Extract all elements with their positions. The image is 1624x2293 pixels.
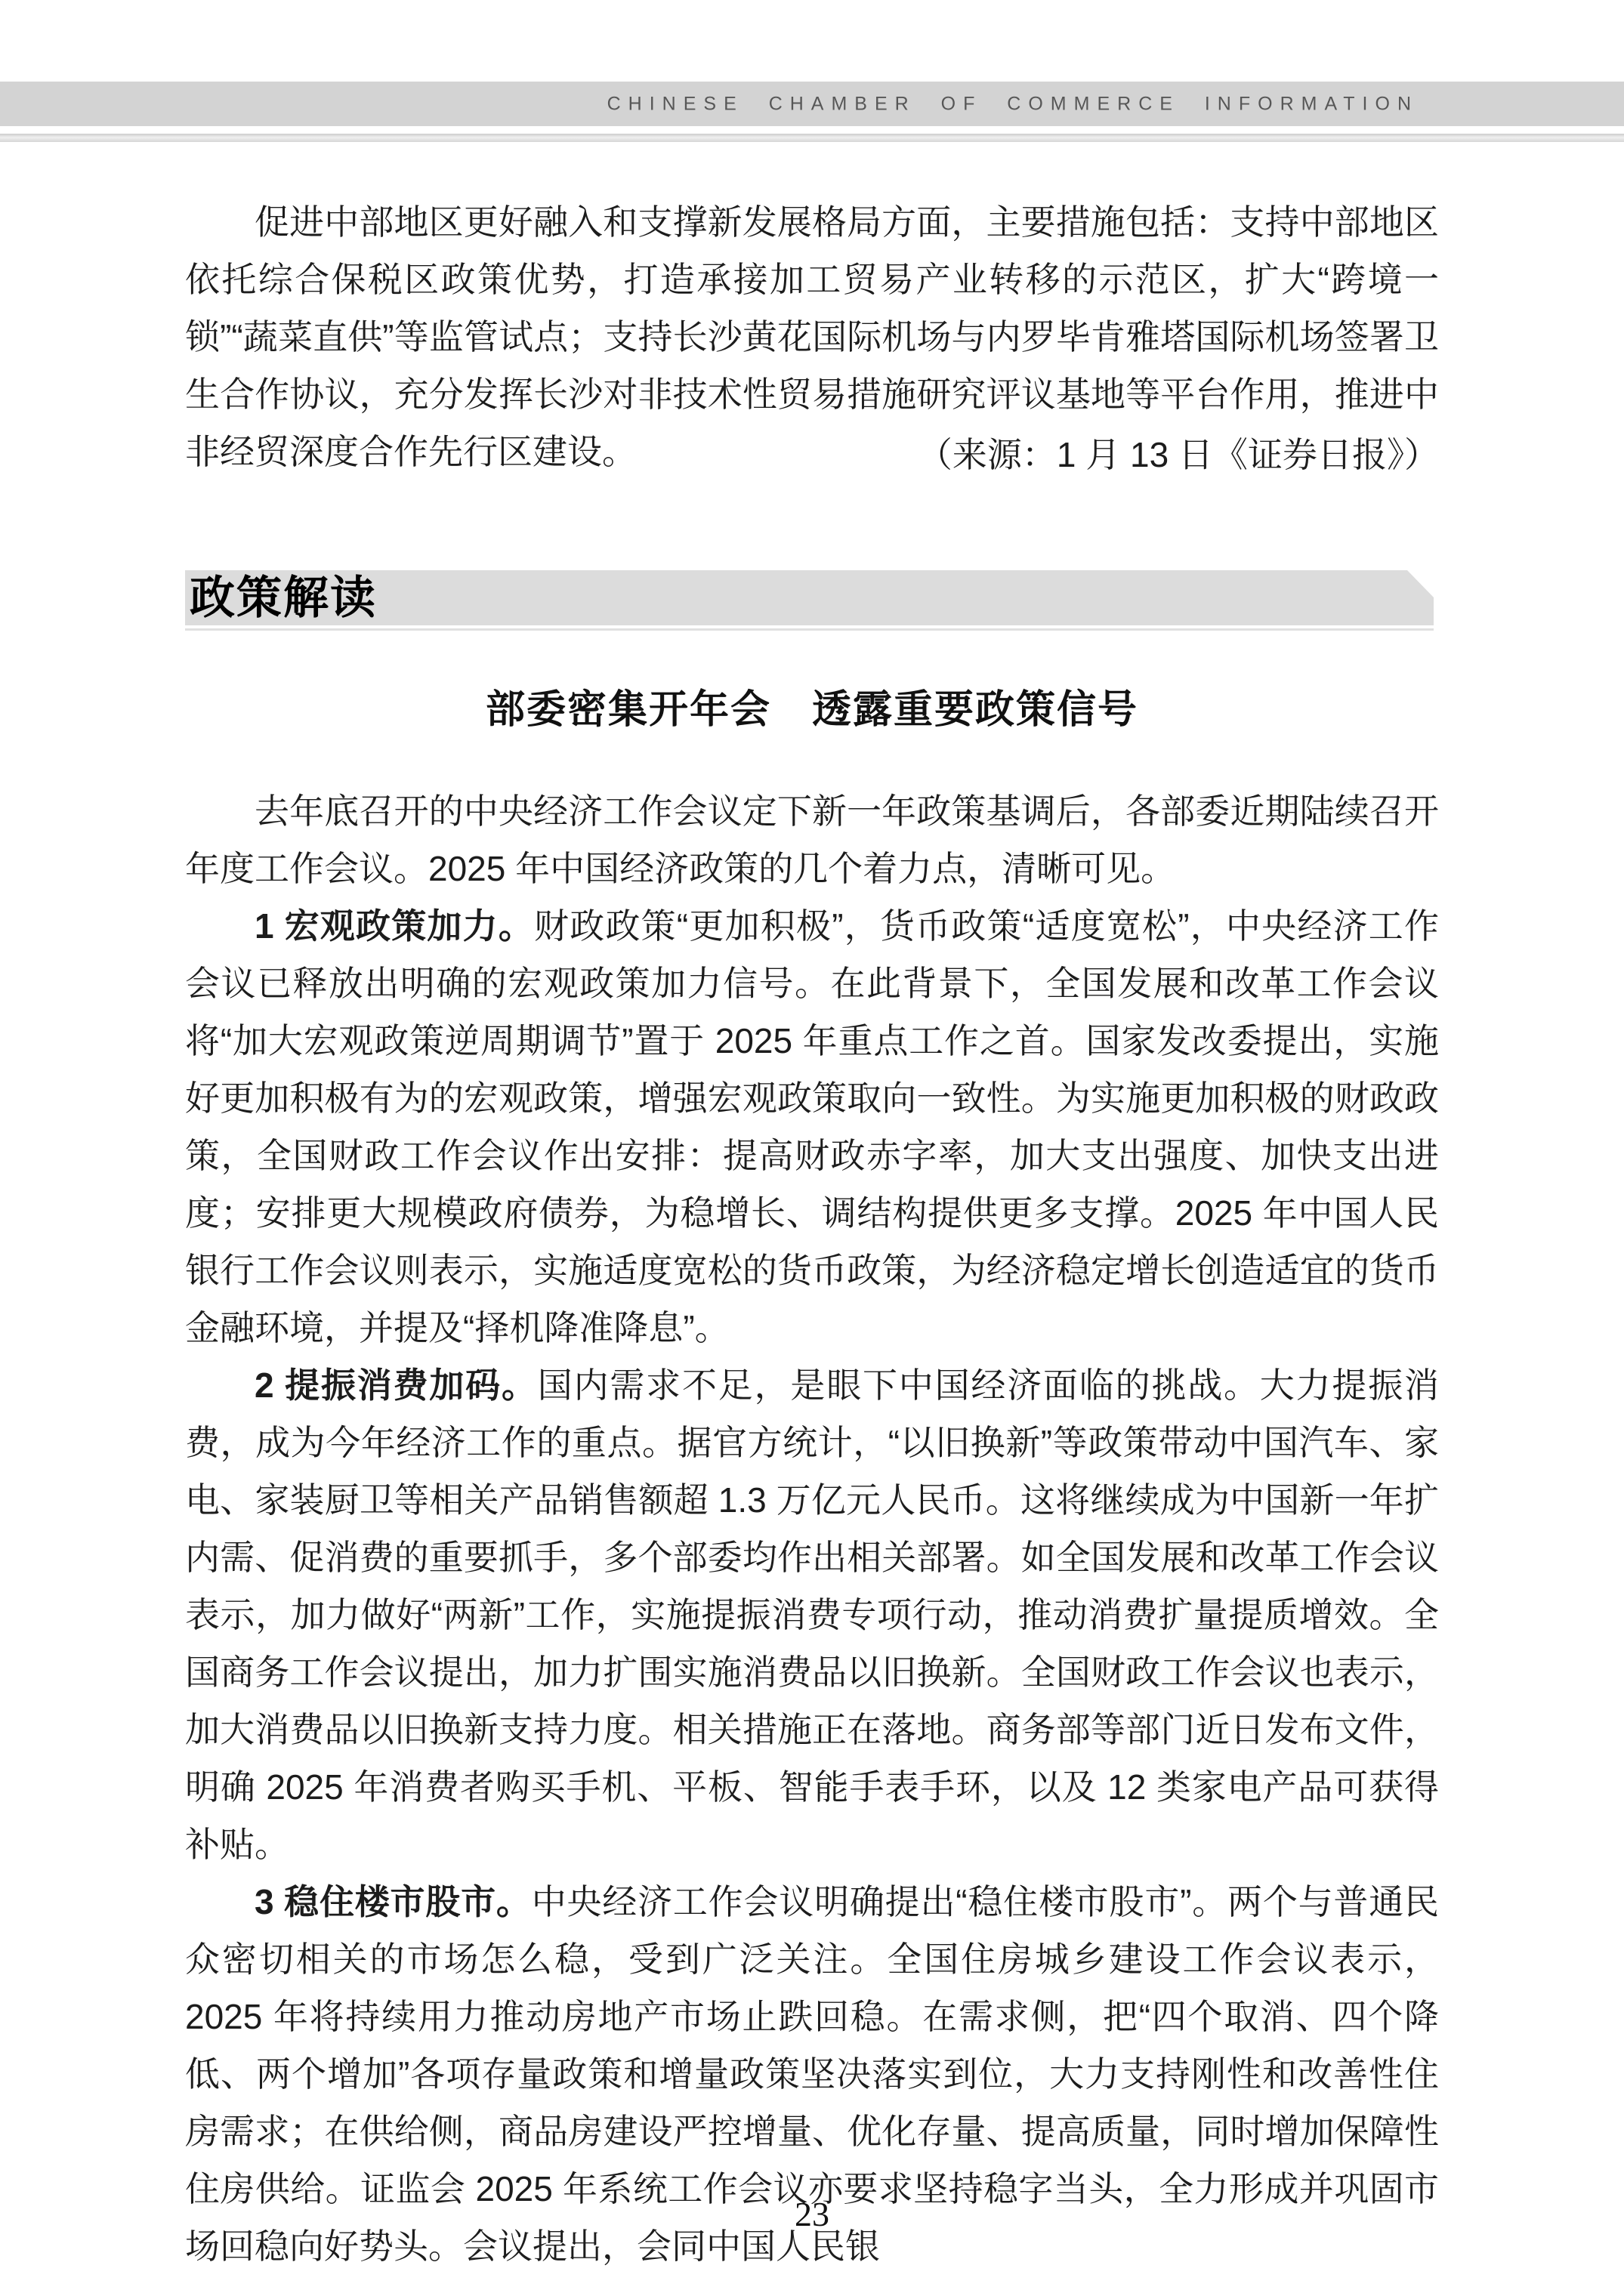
header-rule: [0, 134, 1624, 142]
article-point: 2 提振消费加码。国内需求不足，是眼下中国经济面临的挑战。大力提振消费，成为今年…: [185, 1356, 1439, 1873]
section-banner: 政策解读: [185, 570, 1434, 625]
section-banner-shadow: [185, 628, 1434, 631]
point-body: 财政政策“更加积极”，货币政策“适度宽松”，中央经济工作会议已释放出明确的宏观政…: [185, 906, 1439, 1347]
point-heading: 3 稳住楼市股市。: [255, 1882, 532, 1921]
article-body: 去年底召开的中央经济工作会议定下新一年政策基调后，各部委近期陆续召开年度工作会议…: [185, 782, 1439, 2275]
page-number: 23: [0, 2194, 1624, 2234]
article-lead: 去年底召开的中央经济工作会议定下新一年政策基调后，各部委近期陆续召开年度工作会议…: [185, 782, 1439, 897]
header-band: CHINESE CHAMBER OF COMMERCE INFORMATION: [0, 82, 1624, 126]
article-point: 1 宏观政策加力。财政政策“更加积极”，货币政策“适度宽松”，中央经济工作会议已…: [185, 897, 1439, 1356]
point-heading: 1 宏观政策加力。: [255, 906, 534, 946]
article-title: 部委密集开年会 透露重要政策信号: [185, 684, 1439, 736]
section-banner-label: 政策解读: [185, 576, 377, 621]
source-line: （来源：1 月 13 日《证券日报》）: [185, 426, 1439, 483]
point-body: 国内需求不足，是眼下中国经济面临的挑战。大力提振消费，成为今年经济工作的重点。据…: [185, 1366, 1439, 1864]
point-heading: 2 提振消费加码。: [255, 1366, 538, 1405]
header-band-text: CHINESE CHAMBER OF COMMERCE INFORMATION: [607, 93, 1419, 115]
